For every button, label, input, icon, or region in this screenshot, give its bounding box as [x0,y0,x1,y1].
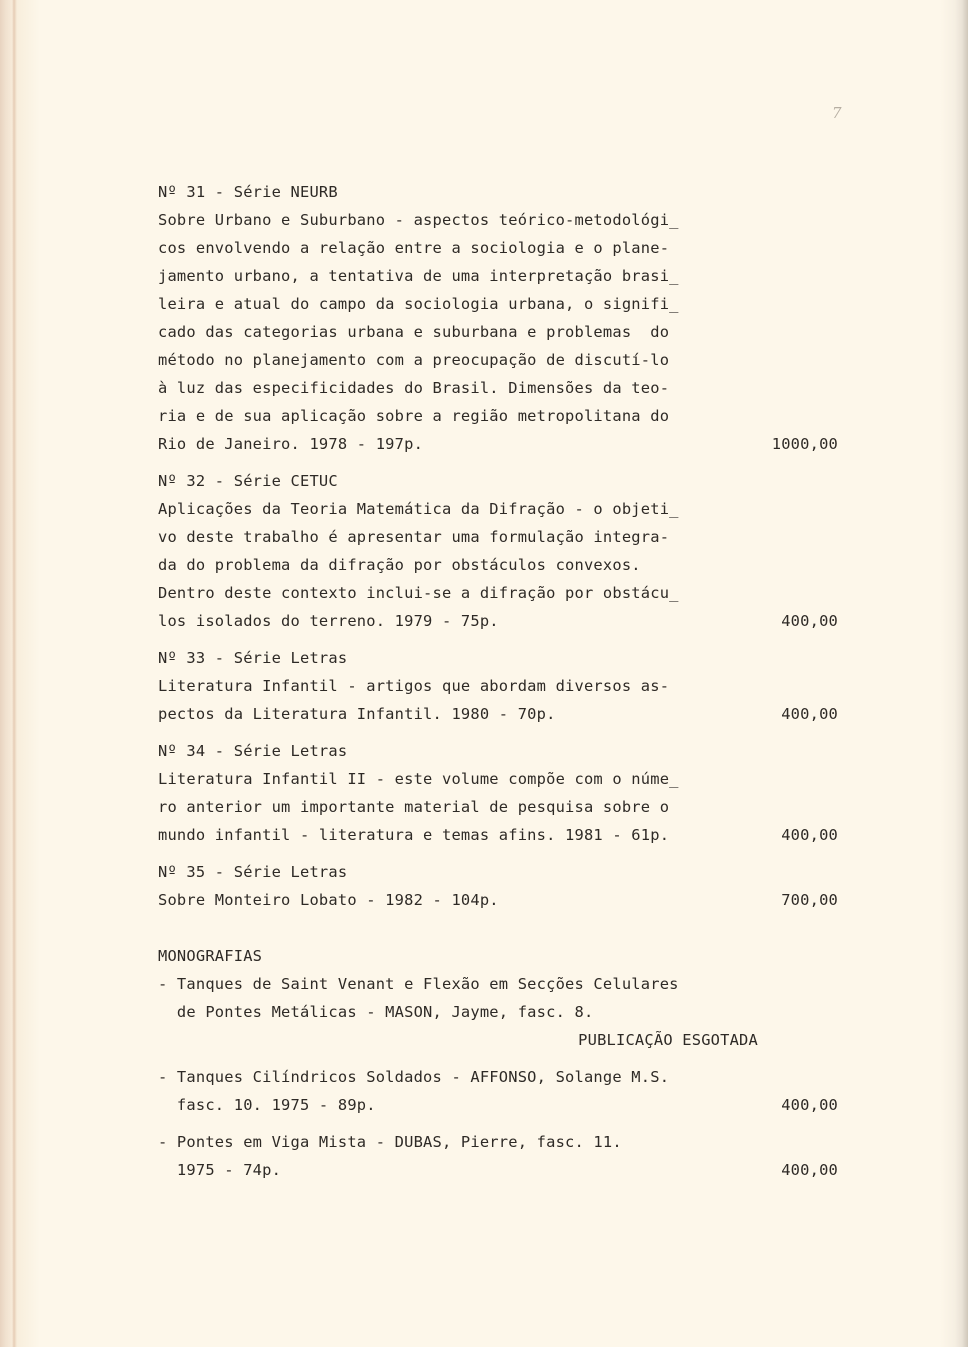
monograph-line: - Pontes em Viga Mista - DUBAS, Pierre, … [158,1128,838,1156]
monograph-line: - Tanques Cilíndricos Soldados - AFFONSO… [158,1063,838,1091]
monograph-line: de Pontes Metálicas - MASON, Jayme, fasc… [158,998,838,1026]
monograph-text: de Pontes Metálicas - MASON, Jayme, fasc… [158,998,593,1026]
description-text: cado das categorias urbana e suburbana e… [158,318,669,346]
entry-description-line: vo deste trabalho é apresentar uma formu… [158,523,838,551]
description-text: ro anterior um importante material de pe… [158,793,669,821]
monografias-list: - Tanques de Saint Venant e Flexão em Se… [158,970,838,1184]
entry-price: 400,00 [781,821,838,849]
monograph-text: - Pontes em Viga Mista - DUBAS, Pierre, … [158,1128,622,1156]
entry-header: Nº 32 - Série CETUC [158,467,838,495]
description-text: vo deste trabalho é apresentar uma formu… [158,523,669,551]
description-text: pectos da Literatura Infantil. 1980 - 70… [158,700,556,728]
catalog-content: Nº 31 - Série NEURBSobre Urbano e Suburb… [158,178,838,1184]
monografias-title: MONOGRAFIAS [158,942,838,970]
monograph-text: 1975 - 74p. [158,1156,281,1184]
entry-description-line: Literatura Infantil II - este volume com… [158,765,838,793]
catalog-entry: Nº 33 - Série LetrasLiteratura Infantil … [158,644,838,728]
description-text: Literatura Infantil II - este volume com… [158,765,679,793]
monograph-line: fasc. 10. 1975 - 89p.400,00 [158,1091,838,1119]
entry-description-line: à luz das especificidades do Brasil. Dim… [158,374,838,402]
catalog-entry: Nº 32 - Série CETUCAplicações da Teoria … [158,467,838,635]
entry-description-line: Literatura Infantil - artigos que aborda… [158,672,838,700]
monograph-item: - Pontes em Viga Mista - DUBAS, Pierre, … [158,1128,838,1184]
entry-header: Nº 35 - Série Letras [158,858,838,886]
entry-description-line: jamento urbano, a tentativa de uma inter… [158,262,838,290]
monograph-item: - Tanques Cilíndricos Soldados - AFFONSO… [158,1063,838,1119]
entry-description-line: cos envolvendo a relação entre a sociolo… [158,234,838,262]
description-text: jamento urbano, a tentativa de uma inter… [158,262,679,290]
description-text: cos envolvendo a relação entre a sociolo… [158,234,669,262]
entry-description-line: mundo infantil - literatura e temas afin… [158,821,838,849]
page-number: 7 [832,104,842,122]
description-text: Sobre Urbano e Suburbano - aspectos teór… [158,206,679,234]
monograph-line: 1975 - 74p.400,00 [158,1156,838,1184]
description-text: Dentro deste contexto inclui-se a difraç… [158,579,679,607]
entry-description-line: Dentro deste contexto inclui-se a difraç… [158,579,838,607]
monograph-line: - Tanques de Saint Venant e Flexão em Se… [158,970,838,998]
monograph-text: - Tanques de Saint Venant e Flexão em Se… [158,970,679,998]
description-text: los isolados do terreno. 1979 - 75p. [158,607,499,635]
catalog-entry: Nº 35 - Série LetrasSobre Monteiro Lobat… [158,858,838,914]
out-of-print-status: PUBLICAÇÃO ESGOTADA [158,1026,838,1054]
entry-price: 1000,00 [772,430,838,458]
monograph-text: - Tanques Cilíndricos Soldados - AFFONSO… [158,1063,669,1091]
description-text: ria e de sua aplicação sobre a região me… [158,402,669,430]
entry-description-line: Sobre Urbano e Suburbano - aspectos teór… [158,206,838,234]
description-text: leira e atual do campo da sociologia urb… [158,290,679,318]
entry-description-line: leira e atual do campo da sociologia urb… [158,290,838,318]
entry-description-line: los isolados do terreno. 1979 - 75p.400,… [158,607,838,635]
monograph-price: 400,00 [781,1156,838,1184]
description-text: Aplicações da Teoria Matemática da Difra… [158,495,679,523]
entry-description-line: ria e de sua aplicação sobre a região me… [158,402,838,430]
entry-description-line: da do problema da difração por obstáculo… [158,551,838,579]
entry-description-line: Aplicações da Teoria Matemática da Difra… [158,495,838,523]
entry-header: Nº 31 - Série NEURB [158,178,838,206]
description-text: Sobre Monteiro Lobato - 1982 - 104p. [158,886,499,914]
description-text: mundo infantil - literatura e temas afin… [158,821,669,849]
entry-price: 700,00 [781,886,838,914]
entry-description-line: ro anterior um importante material de pe… [158,793,838,821]
entry-header: Nº 33 - Série Letras [158,644,838,672]
entry-price: 400,00 [781,607,838,635]
description-text: da do problema da difração por obstáculo… [158,551,641,579]
description-text: Rio de Janeiro. 1978 - 197p. [158,430,423,458]
monograph-text: fasc. 10. 1975 - 89p. [158,1091,376,1119]
entry-description-line: cado das categorias urbana e suburbana e… [158,318,838,346]
monograph-price: 400,00 [781,1091,838,1119]
entry-header: Nº 34 - Série Letras [158,737,838,765]
series-list: Nº 31 - Série NEURBSobre Urbano e Suburb… [158,178,838,914]
entry-price: 400,00 [781,700,838,728]
catalog-entry: Nº 34 - Série LetrasLiteratura Infantil … [158,737,838,849]
entry-description-line: pectos da Literatura Infantil. 1980 - 70… [158,700,838,728]
entry-description-line: Sobre Monteiro Lobato - 1982 - 104p.700,… [158,886,838,914]
monograph-item: - Tanques de Saint Venant e Flexão em Se… [158,970,838,1054]
description-text: método no planejamento com a preocupação… [158,346,669,374]
entry-description-line: método no planejamento com a preocupação… [158,346,838,374]
catalog-entry: Nº 31 - Série NEURBSobre Urbano e Suburb… [158,178,838,458]
description-text: Literatura Infantil - artigos que aborda… [158,672,669,700]
entry-description-line: Rio de Janeiro. 1978 - 197p.1000,00 [158,430,838,458]
scanned-page: 7 Nº 31 - Série NEURBSobre Urbano e Subu… [0,0,968,1347]
description-text: à luz das especificidades do Brasil. Dim… [158,374,669,402]
